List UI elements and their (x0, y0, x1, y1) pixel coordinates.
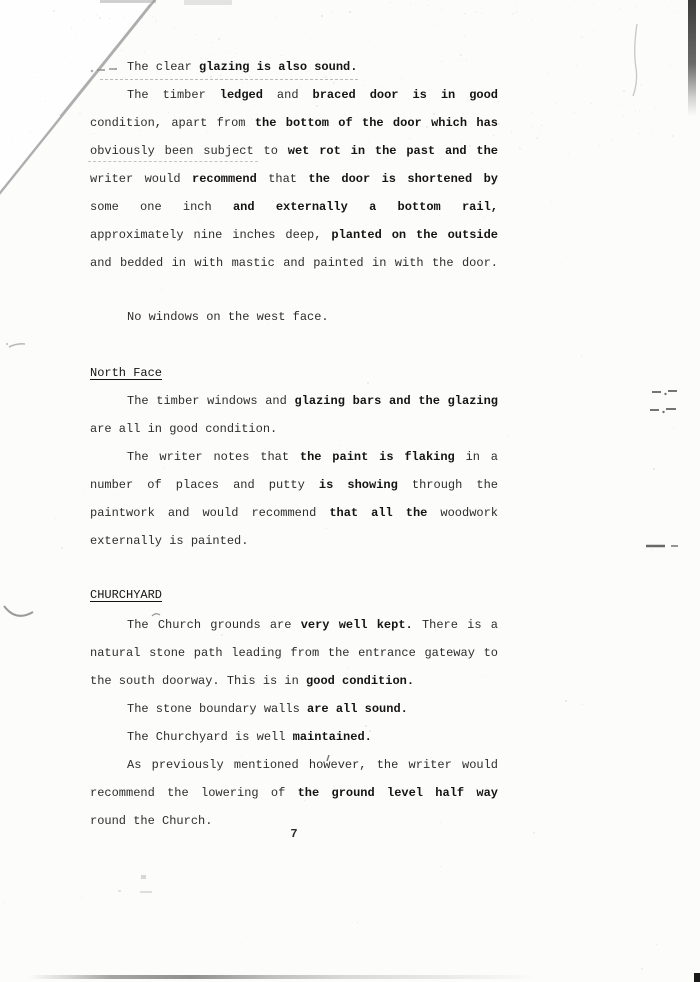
noise-speck (682, 600, 683, 601)
noise-speck (142, 17, 143, 18)
noise-speck (79, 113, 81, 115)
noise-speck (349, 11, 351, 13)
noise-speck (71, 28, 72, 29)
noise-speck (107, 13, 108, 14)
noise-speck (556, 103, 557, 104)
noise-speck (12, 141, 13, 142)
noise-speck (499, 127, 500, 128)
noise-speck (526, 27, 527, 28)
noise-speck (531, 19, 532, 20)
noise-speck (586, 43, 587, 44)
margin-curve-marks (4, 343, 33, 616)
noise-speck (61, 547, 63, 549)
noise-speck (81, 126, 82, 127)
noise-speck (653, 468, 655, 470)
noise-speck (481, 13, 482, 14)
document-line: and bedded in with mastic and painted in… (90, 249, 498, 277)
vertical-crease-line (633, 24, 637, 96)
paragraph: The stone boundary walls are all sound. (90, 695, 498, 723)
noise-speck (240, 45, 241, 46)
noise-speck (623, 115, 624, 116)
noise-speck (196, 34, 197, 35)
noise-speck (599, 145, 600, 146)
faint-bottom-marks (118, 875, 152, 893)
document-line: writer would recommend that the door is … (90, 165, 498, 193)
noise-speck (84, 19, 85, 20)
noise-speck (589, 715, 590, 716)
noise-speck (313, 40, 314, 41)
noise-speck (304, 33, 305, 34)
noise-speck (560, 134, 561, 135)
document-line: The timber windows and glazing bars and … (90, 387, 498, 415)
paragraph: The timber windows and glazing bars and … (90, 387, 498, 443)
noise-speck (519, 146, 520, 147)
noise-speck (639, 133, 640, 134)
paragraph: The Church grounds are very well kept. T… (90, 611, 498, 695)
noise-speck (153, 890, 154, 891)
paragraph: The timber ledged and braced door is in … (90, 81, 498, 277)
noise-speck (152, 16, 153, 17)
noise-speck (258, 2, 259, 3)
noise-speck (506, 68, 507, 69)
noise-speck (482, 36, 483, 37)
document-line: recommend the lowering of the ground lev… (90, 779, 498, 807)
noise-speck (121, 50, 122, 51)
noise-speck (651, 549, 653, 551)
noise-speck (626, 125, 627, 126)
paragraph: The Churchyard is well maintained. (90, 723, 498, 751)
noise-speck (417, 939, 418, 940)
document-line: The Churchyard is well maintained. (90, 723, 498, 751)
noise-speck (566, 256, 567, 257)
noise-speck (611, 140, 612, 141)
scanned-document-page: { "page": { "number": "7" }, "colors": {… (0, 0, 700, 982)
noise-speck (327, 47, 328, 48)
noise-speck (331, 11, 332, 12)
noise-speck (628, 61, 629, 62)
document-line: are all in good condition. (90, 415, 498, 443)
noise-speck (571, 14, 572, 15)
noise-speck (621, 104, 622, 105)
document-line: The writer notes that the paint is flaki… (90, 443, 498, 471)
noise-speck (622, 146, 623, 147)
noise-speck (390, 2, 391, 3)
document-text: The clear glazing is also sound.The timb… (90, 53, 498, 835)
document-line: paintwork and would recommend that all t… (90, 499, 498, 527)
noise-speck (498, 123, 500, 125)
noise-speck (124, 17, 125, 18)
noise-speck (516, 3, 517, 4)
noise-speck (241, 943, 242, 944)
noise-speck (324, 4, 325, 5)
noise-speck (576, 65, 577, 66)
noise-speck (511, 132, 512, 133)
noise-speck (3, 902, 4, 903)
noise-speck (464, 13, 465, 14)
noise-speck (229, 51, 230, 52)
bottom-scan-streak (28, 975, 538, 979)
noise-speck (593, 4, 594, 5)
noise-speck (582, 704, 583, 705)
noise-speck (533, 832, 535, 834)
section-heading: CHURCHYARD (90, 581, 498, 609)
noise-speck (641, 968, 643, 970)
noise-speck (551, 201, 552, 202)
noise-speck (639, 111, 640, 112)
noise-speck (410, 4, 411, 5)
noise-speck (1, 519, 2, 520)
noise-speck (565, 700, 567, 702)
noise-speck (672, 135, 674, 137)
noise-speck (481, 19, 482, 20)
noise-speck (667, 7, 668, 8)
noise-speck (397, 16, 398, 17)
noise-speck (605, 500, 606, 501)
noise-speck (557, 132, 558, 133)
noise-speck (229, 882, 230, 883)
noise-speck (294, 6, 295, 7)
noise-speck (37, 77, 38, 78)
noise-speck (96, 15, 97, 16)
noise-speck (75, 34, 76, 35)
noise-speck (677, 12, 678, 13)
noise-speck (635, 6, 636, 7)
noise-speck (673, 428, 674, 429)
noise-speck (540, 130, 541, 131)
noise-speck (45, 101, 46, 102)
noise-speck (130, 51, 131, 52)
noise-speck (650, 134, 651, 135)
noise-speck (618, 131, 619, 132)
document-line: obviously been subject to wet rot in the… (90, 137, 498, 165)
noise-speck (30, 132, 31, 133)
bottom-right-corner-mark (694, 973, 700, 982)
noise-speck (623, 90, 625, 92)
noise-speck (507, 435, 508, 436)
noise-speck (568, 153, 569, 154)
top-edge-smudge (100, 0, 156, 3)
noise-speck (35, 352, 36, 353)
noise-speck (652, 130, 653, 131)
noise-speck (357, 922, 358, 923)
document-line: The Church grounds are very well kept. T… (90, 611, 498, 639)
noise-speck (440, 866, 441, 867)
noise-speck (325, 852, 326, 853)
noise-speck (591, 103, 592, 104)
noise-speck (174, 28, 175, 29)
noise-speck (109, 18, 110, 19)
noise-speck (55, 518, 56, 519)
top-edge-smudge (184, 0, 232, 5)
noise-speck (428, 5, 429, 6)
noise-speck (441, 9, 442, 10)
noise-speck (321, 15, 323, 17)
noise-speck (70, 63, 71, 64)
noise-speck (613, 92, 614, 93)
document-line: approximately nine inches deep, planted … (90, 221, 498, 249)
noise-speck (437, 24, 438, 25)
noise-speck (541, 125, 542, 126)
noise-speck (568, 7, 569, 8)
noise-speck (531, 112, 532, 113)
margin-dash-marks (650, 391, 677, 413)
document-line: The clear glazing is also sound. (90, 53, 498, 81)
noise-speck (227, 2, 228, 3)
noise-speck (12, 99, 13, 100)
noise-speck (298, 35, 299, 36)
noise-speck (211, 42, 212, 43)
noise-speck (276, 17, 277, 18)
noise-speck (640, 84, 642, 86)
noise-speck (464, 35, 465, 36)
noise-speck (691, 62, 692, 63)
document-line: number of places and putty is showing th… (90, 471, 498, 499)
noise-speck (218, 38, 220, 40)
noise-speck (613, 90, 614, 91)
noise-speck (655, 108, 656, 109)
noise-speck (516, 12, 517, 13)
document-line: natural stone path leading from the entr… (90, 639, 498, 667)
noise-speck (155, 20, 157, 22)
paragraph: No windows on the west face. (90, 303, 498, 331)
noise-speck (666, 427, 667, 428)
noise-speck (620, 8, 621, 9)
document-line: externally is painted. (90, 527, 498, 555)
noise-speck (531, 126, 532, 127)
noise-speck (670, 65, 671, 66)
noise-speck (417, 42, 418, 43)
document-line: the south doorway. This is in good condi… (90, 667, 498, 695)
document-line: As previously mentioned however, the wri… (90, 751, 498, 779)
paragraph: The clear glazing is also sound. (90, 53, 498, 81)
document-line: The timber ledged and braced door is in … (90, 81, 498, 109)
noise-speck (536, 137, 538, 139)
noise-speck (532, 108, 533, 109)
noise-speck (53, 10, 55, 12)
noise-speck (661, 116, 662, 117)
paper-sheet: The clear glazing is also sound.The timb… (0, 0, 700, 982)
noise-speck (635, 110, 636, 111)
noise-speck (83, 490, 84, 491)
noise-speck (656, 944, 657, 945)
noise-speck (465, 13, 466, 14)
noise-speck (519, 148, 521, 150)
noise-speck (548, 73, 549, 74)
noise-speck (593, 31, 594, 32)
paragraph: The writer notes that the paint is flaki… (90, 443, 498, 555)
noise-speck (368, 40, 369, 41)
noise-speck (99, 17, 101, 19)
noise-speck (159, 916, 160, 917)
document-line: condition, apart from the bottom of the … (90, 109, 498, 137)
noise-speck (574, 112, 575, 113)
noise-speck (581, 36, 583, 38)
noise-speck (512, 13, 514, 15)
document-line: some one inch and externally a bottom ra… (90, 193, 498, 221)
section-heading: North Face (90, 359, 498, 387)
noise-speck (581, 355, 582, 356)
noise-speck (475, 11, 477, 13)
scanner-edge-shadow (688, 0, 696, 116)
noise-speck (607, 75, 608, 76)
document-line: No windows on the west face. (90, 303, 498, 331)
noise-speck (565, 52, 566, 53)
page-number: 7 (90, 820, 498, 848)
noise-speck (81, 897, 82, 898)
document-line: The stone boundary walls are all sound. (90, 695, 498, 723)
noise-speck (148, 47, 149, 48)
